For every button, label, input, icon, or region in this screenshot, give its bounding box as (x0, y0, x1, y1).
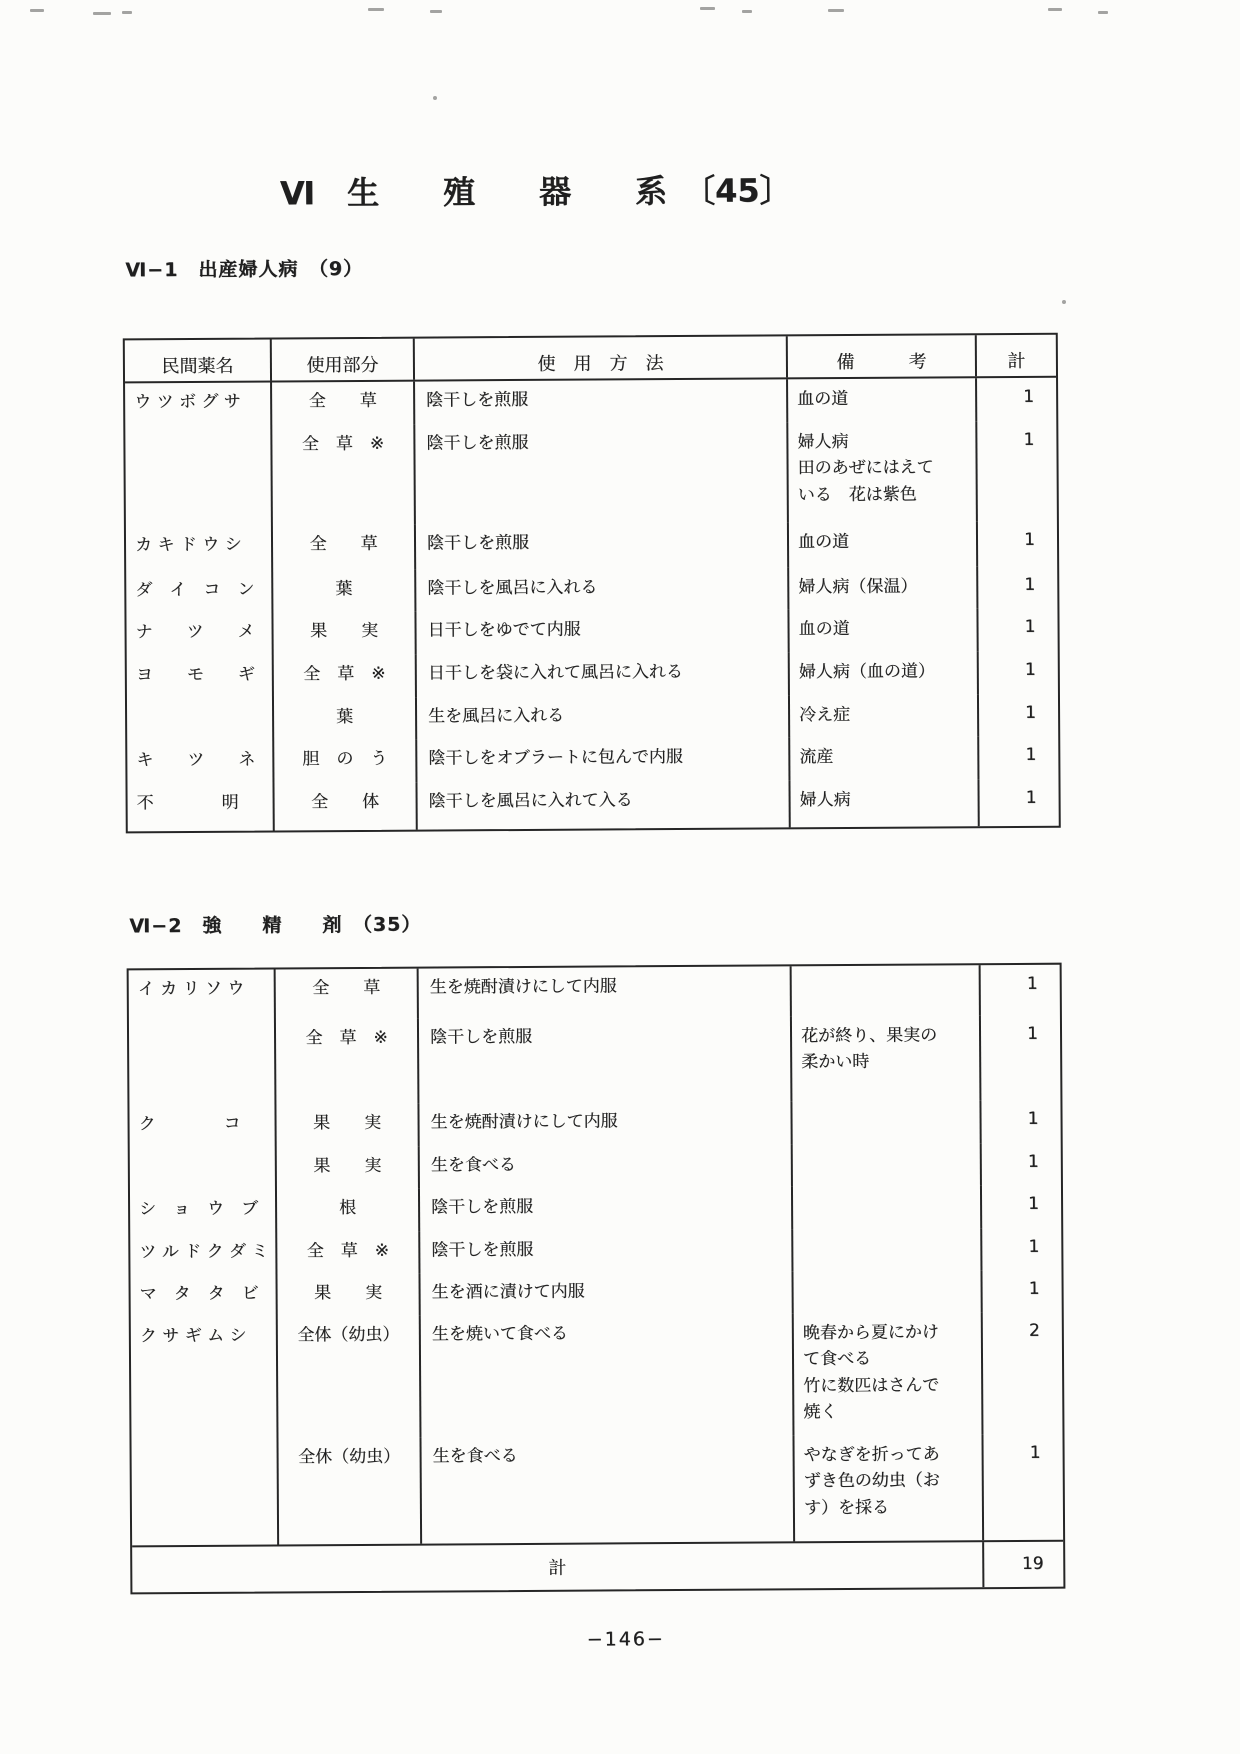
cell-remark (792, 965, 981, 1016)
cell-name: マ タ タ ビ (130, 1274, 277, 1317)
cell-name: ク コ (129, 1104, 276, 1148)
section-1-heading: Ⅵ−1 出産婦人病 （9） (125, 254, 363, 282)
page-number: −146− (6, 1625, 1240, 1655)
table-row: ヨ モ ギ 全 草 ※ 日干しを袋に入れて風呂に入れる 婦人病（血の道） 1 (127, 651, 1058, 700)
table-row: 全 草 ※ 陰干しを煎服 花が終り、果実の 柔かい時 1 (129, 1015, 1061, 1106)
cell-part: 全 草 ※ (272, 425, 416, 526)
cell-remark: 婦人病 (790, 779, 979, 827)
cell-method: 生を焼酎漬けにして内服 (419, 1101, 792, 1146)
table-row: ウ ツ ボ グ サ 全 草 陰干しを煎服 血の道 1 (125, 378, 1056, 427)
cell-remark: 花が終り、果実の 柔かい時 (792, 1015, 982, 1101)
cell-method: 生を焼いて食べる (421, 1313, 795, 1437)
cell-count: 1 (977, 421, 1057, 521)
cell-name (127, 698, 274, 741)
cell-remark: やなぎを折ってあ ずき色の幼虫（お す）を採る (794, 1434, 984, 1541)
cell-name: シ ョ ウ ブ (130, 1189, 277, 1233)
column-header-method: 使 用 方 法 (415, 336, 788, 379)
cell-method: 日干しを袋に入れて風呂に入れる (417, 652, 790, 697)
cell-remark (793, 1270, 982, 1313)
table-row: 葉 生を風呂に入れる 冷え症 1 (127, 694, 1058, 742)
cell-method: 陰干しを煎服 (415, 379, 788, 424)
total-value: 19 (984, 1542, 1063, 1587)
cell-name: ダ イ コ ン (126, 570, 273, 613)
cell-method: 陰干しを風呂に入れる (416, 567, 789, 611)
cell-part: 果 実 (276, 1104, 419, 1148)
cell-count: 1 (982, 1228, 1061, 1270)
cell-part: 根 (277, 1189, 420, 1233)
cell-remark (792, 1100, 981, 1144)
cell-count: 1 (977, 378, 1056, 421)
cell-part: 果 実 (277, 1274, 420, 1317)
cell-name: ウ ツ ボ グ サ (125, 382, 272, 426)
table-row: シ ョ ウ ブ 根 陰干しを煎服 1 (130, 1185, 1061, 1234)
cell-count: 1 (978, 608, 1057, 651)
column-header-name: 民間薬名 (125, 339, 272, 381)
cell-count: 1 (979, 651, 1058, 694)
table-row: 全 草 ※ 陰干しを煎服 婦人病 田のあぜにはえて いる 花は紫色 1 (125, 421, 1057, 527)
cell-part: 全 草 (276, 969, 419, 1020)
cell-name: ツ ル ド ク ダ ミ (130, 1232, 277, 1275)
page-title: Ⅵ 生 殖 器 系 〔45〕 (280, 165, 792, 214)
cell-count: 2 (983, 1312, 1063, 1434)
document-page: Ⅵ 生 殖 器 系 〔45〕 Ⅵ−1 出産婦人病 （9） 民間薬名 使用部分 使… (0, 0, 1240, 1754)
cell-name: ナ ツ メ (126, 612, 273, 656)
cell-part: 果 実 (277, 1147, 420, 1190)
cell-count: 1 (979, 736, 1058, 779)
cell-remark: 婦人病（血の道） (790, 651, 979, 695)
cell-count: 1 (978, 566, 1057, 608)
cell-count: 1 (981, 965, 1060, 1015)
cell-method: 生を風呂に入れる (417, 695, 790, 739)
cell-remark (793, 1185, 982, 1229)
cell-part: 全 体 (274, 783, 417, 831)
cell-part: 葉 (273, 570, 416, 613)
table-total-row: 計 19 (132, 1540, 1063, 1593)
cell-method: 生を食べる (420, 1144, 793, 1188)
cell-part: 全休（幼虫） (278, 1438, 422, 1545)
cell-name: ヨ モ ギ (127, 655, 274, 699)
cell-remark: 血の道 (789, 608, 978, 652)
cell-method: 陰干しをオブラートに包んで内服 (417, 737, 790, 782)
table-row: ナ ツ メ 果 実 日干しをゆでて内服 血の道 1 (126, 608, 1057, 657)
cell-method: 陰干しを煎服 (415, 422, 789, 524)
cell-name: 不 明 (127, 783, 274, 831)
cell-count: 1 (983, 1434, 1063, 1540)
table-row: イ カ リ ソ ウ 全 草 生を焼酎漬けにして内服 1 (129, 965, 1060, 1021)
column-header-part: 使用部分 (272, 339, 415, 381)
cell-method: 生を酒に漬けて内服 (420, 1271, 793, 1315)
cell-remark: 晩春から夏にかけ て食べる 竹に数匹はさんで 焼く (794, 1312, 984, 1435)
cell-part: 全 草 ※ (277, 1232, 420, 1275)
cell-part: 全体（幼虫） (278, 1316, 422, 1439)
cell-count: 1 (979, 694, 1058, 736)
table-row: ダ イ コ ン 葉 陰干しを風呂に入れる 婦人病（保温） 1 (126, 566, 1057, 614)
table-1-header-row: 民間薬名 使用部分 使 用 方 法 備 考 計 (125, 335, 1056, 384)
table-row: キ ツ ネ 胆 の う 陰干しをオブラートに包んで内服 流産 1 (127, 736, 1058, 785)
cell-part: 全 草 (272, 382, 415, 426)
cell-count: 1 (981, 1015, 1061, 1100)
cell-remark: 婦人病 田のあぜにはえて いる 花は紫色 (788, 421, 978, 522)
cell-part: 果 実 (273, 612, 416, 656)
cell-part: 全 草 (273, 525, 416, 571)
cell-name: キ ツ ネ (127, 740, 274, 784)
table-row: ツ ル ド ク ダ ミ 全 草 ※ 陰干しを煎服 1 (130, 1228, 1061, 1276)
column-header-remark: 備 考 (788, 335, 977, 377)
table-row: 全休（幼虫） 生を食べる やなぎを折ってあ ずき色の幼虫（お す）を採る 1 (131, 1434, 1063, 1546)
cell-part: 胆 の う (274, 740, 417, 784)
table-row: ク コ 果 実 生を焼酎漬けにして内服 1 (129, 1100, 1060, 1149)
cell-part: 葉 (274, 698, 417, 741)
cell-remark: 血の道 (789, 521, 978, 567)
cell-count: 1 (982, 1185, 1061, 1228)
table-1: 民間薬名 使用部分 使 用 方 法 備 考 計 ウ ツ ボ グ サ 全 草 陰干… (123, 333, 1061, 834)
cell-count: 1 (981, 1100, 1060, 1143)
cell-remark (793, 1143, 982, 1186)
cell-remark (793, 1228, 982, 1271)
table-row: マ タ タ ビ 果 実 生を酒に漬けて内服 1 (130, 1270, 1061, 1318)
section-2-heading: Ⅵ−2 強 精 剤 （35） (129, 910, 421, 939)
cell-method: 陰干しを風呂に入れて入る (417, 780, 790, 829)
column-header-total: 計 (977, 335, 1056, 376)
cell-remark: 冷え症 (790, 694, 979, 737)
cell-method: 陰干しを煎服 (420, 1229, 793, 1273)
cell-count: 1 (982, 1270, 1061, 1312)
cell-method: 陰干しを煎服 (419, 1016, 793, 1103)
cell-name (125, 425, 273, 526)
table-row: カ キ ド ウ シ 全 草 陰干しを煎服 血の道 1 (126, 521, 1057, 572)
cell-method: 生を焼酎漬けにして内服 (419, 966, 792, 1018)
table-2: イ カ リ ソ ウ 全 草 生を焼酎漬けにして内服 1 全 草 ※ 陰干しを煎服… (127, 963, 1066, 1595)
cell-name: ク サ ギ ム シ (131, 1316, 279, 1439)
cell-remark: 流産 (790, 736, 979, 780)
cell-name: イ カ リ ソ ウ (129, 969, 276, 1020)
total-label: 計 (132, 1542, 984, 1592)
cell-method: 陰干しを煎服 (416, 522, 789, 569)
cell-name (129, 1019, 277, 1105)
cell-method: 陰干しを煎服 (420, 1186, 793, 1231)
cell-remark: 血の道 (788, 378, 977, 422)
cell-method: 生を食べる (421, 1435, 795, 1543)
table-row: ク サ ギ ム シ 全体（幼虫） 生を焼いて食べる 晩春から夏にかけ て食べる … (131, 1312, 1063, 1440)
cell-count: 1 (979, 779, 1058, 826)
cell-method: 日干しをゆでて内服 (416, 609, 789, 654)
cell-remark: 婦人病（保温） (789, 566, 978, 609)
cell-count: 1 (982, 1143, 1061, 1185)
cell-part: 全 草 ※ (274, 655, 417, 699)
cell-name (131, 1438, 279, 1545)
cell-part: 全 草 ※ (276, 1019, 420, 1105)
cell-name: カ キ ド ウ シ (126, 525, 273, 571)
table-row: 果 実 生を食べる 1 (130, 1143, 1061, 1191)
cell-name (130, 1147, 277, 1190)
cell-count: 1 (978, 521, 1057, 566)
table-row: 不 明 全 体 陰干しを風呂に入れて入る 婦人病 1 (127, 779, 1058, 832)
